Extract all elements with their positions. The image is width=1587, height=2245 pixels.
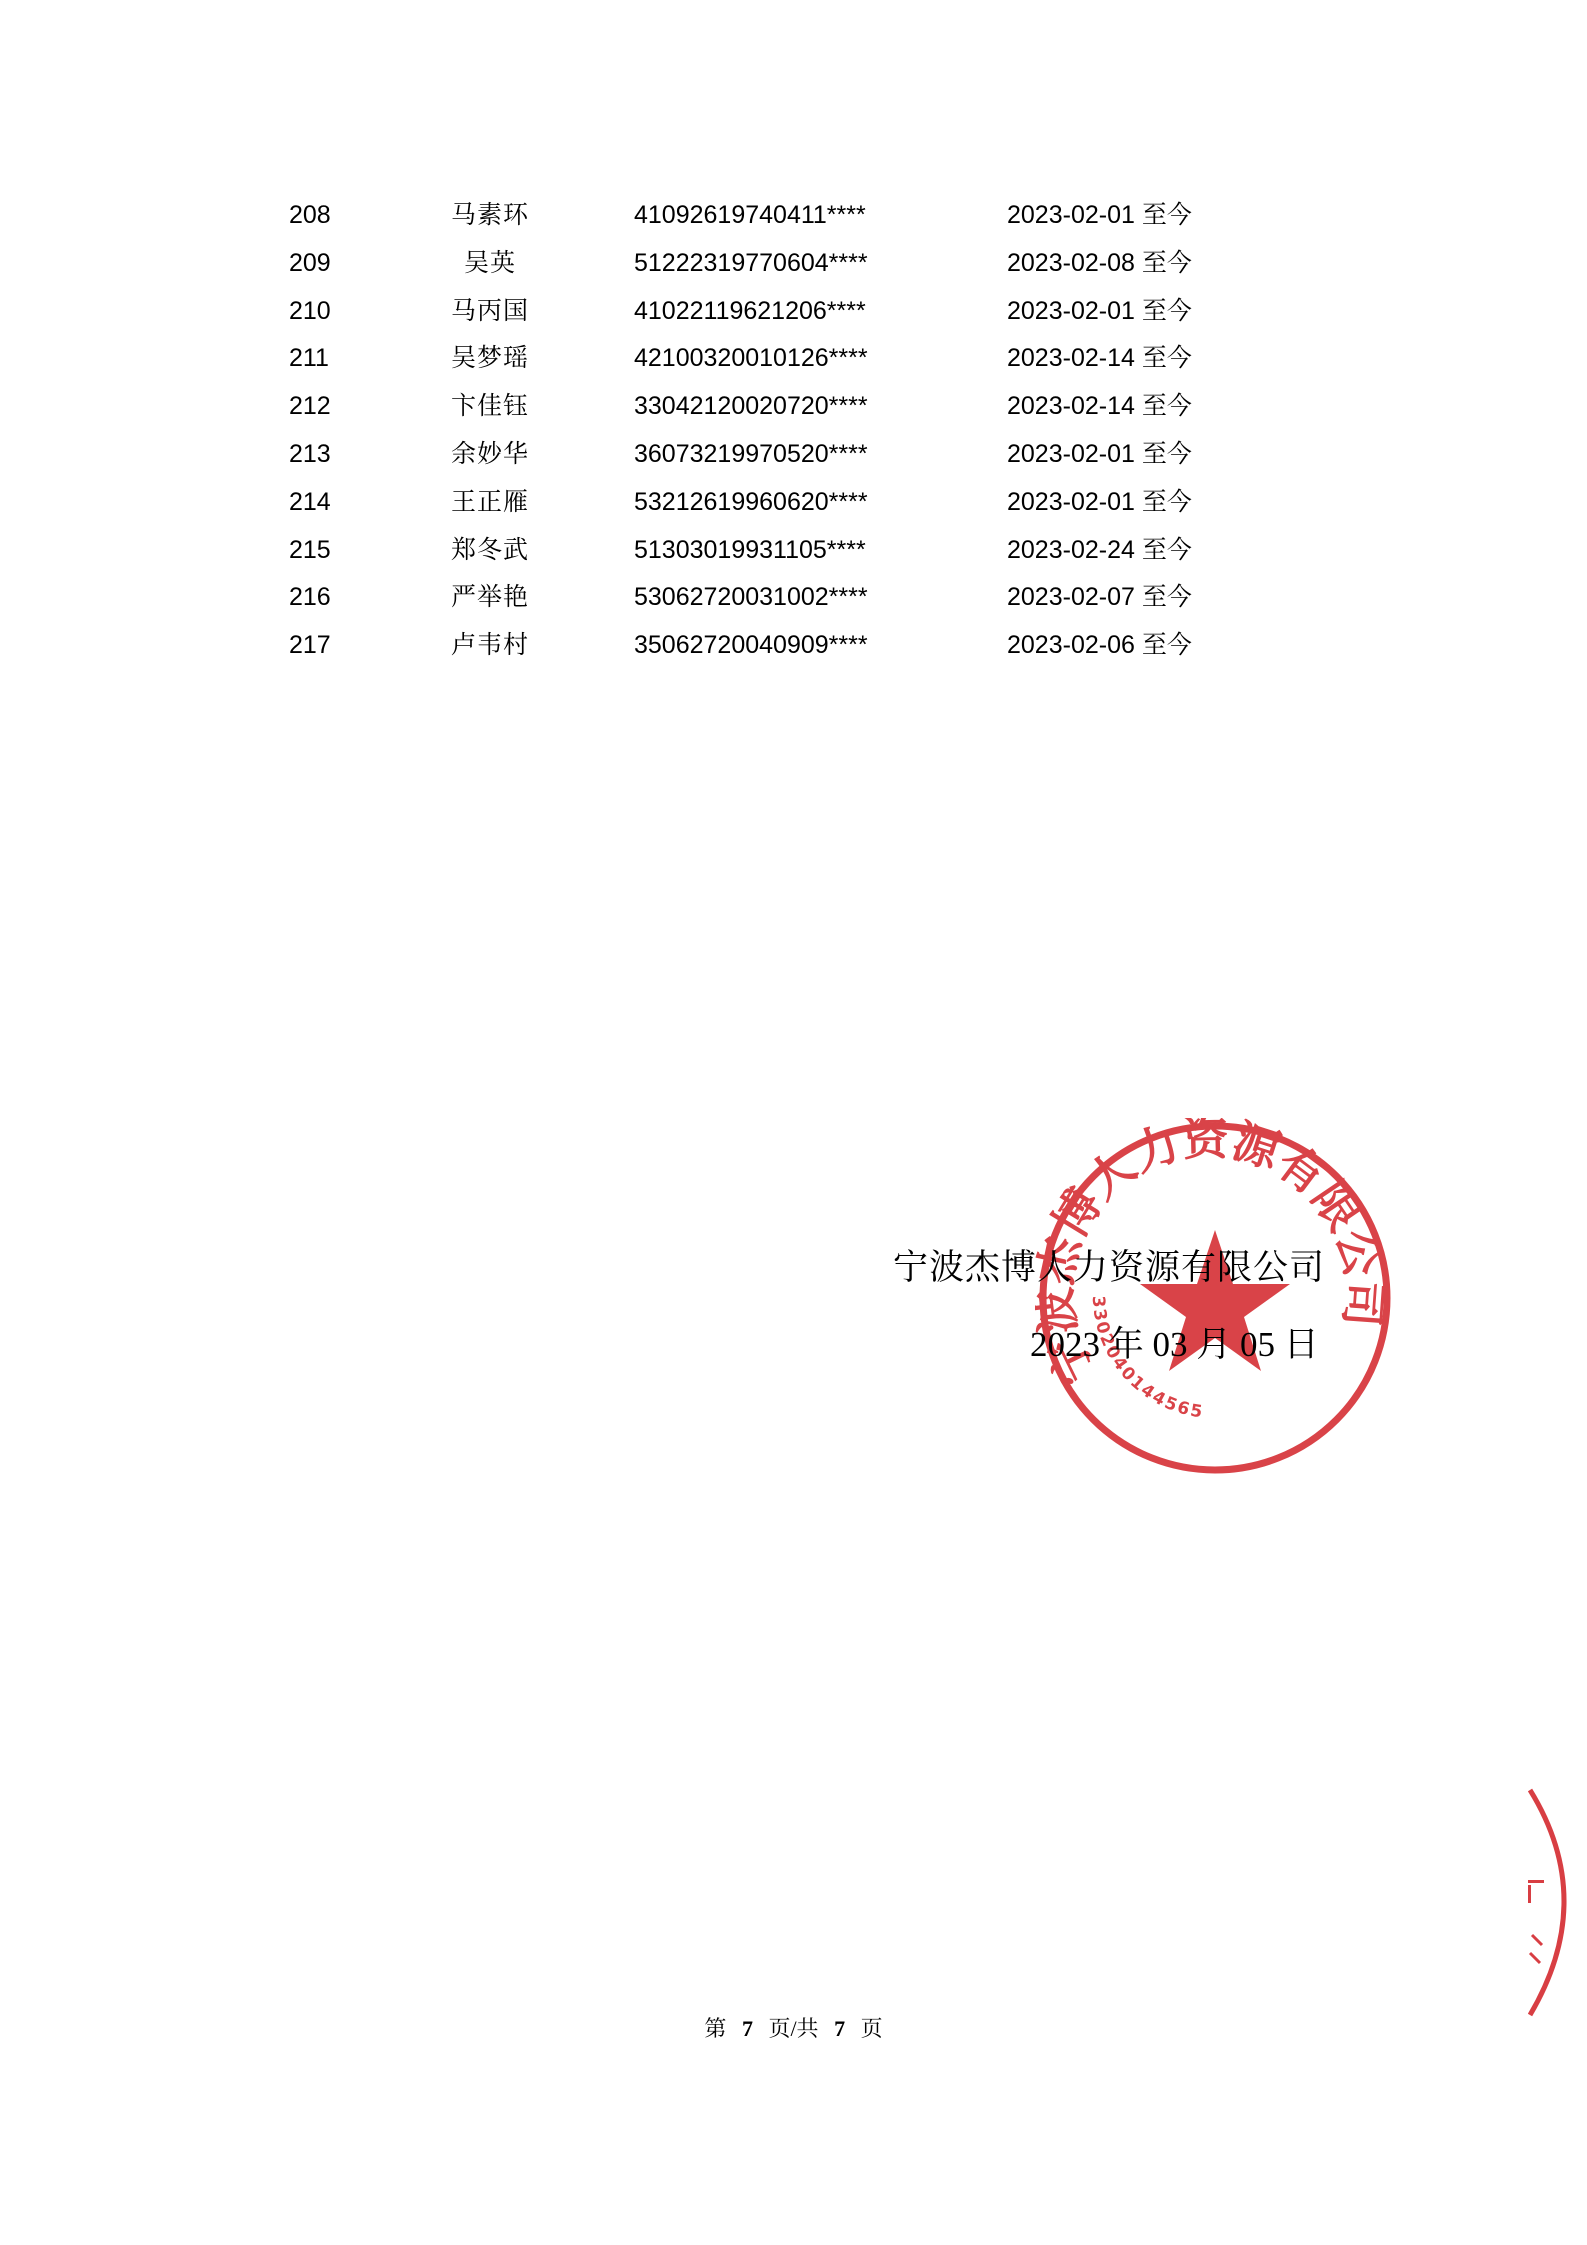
employment-period: 2023-02-14 至今 (1007, 338, 1192, 378)
employment-period: 2023-02-01 至今 (1007, 291, 1192, 331)
table-row: 214 王正雁 53212619960620**** 2023-02-01 至今 (0, 482, 1587, 530)
company-seal-icon: 宁波杰博人力资源有限公司 3302040144565 (1035, 1118, 1395, 1478)
table-row: 211 吴梦瑶 42100320010126**** 2023-02-14 至今 (0, 338, 1587, 386)
employee-name: 郑冬武 (430, 530, 550, 570)
id-number: 42100320010126**** (634, 338, 868, 378)
row-number: 212 (289, 386, 331, 426)
table-row: 215 郑冬武 51303019931105**** 2023-02-24 至今 (0, 530, 1587, 578)
id-number: 51222319770604**** (634, 243, 868, 283)
employment-period: 2023-02-24 至今 (1007, 530, 1192, 570)
row-number: 211 (289, 338, 329, 378)
total-pages-number: 7 (834, 2016, 845, 2041)
table-row: 208 马素环 41092619740411**** 2023-02-01 至今 (0, 195, 1587, 243)
row-number: 214 (289, 482, 331, 522)
id-number: 53062720031002**** (634, 577, 868, 617)
table-row: 212 卞佳钰 33042120020720**** 2023-02-14 至今 (0, 386, 1587, 434)
partial-seal-icon (1528, 1785, 1587, 2020)
employment-period: 2023-02-01 至今 (1007, 195, 1192, 235)
table-row: 217 卢韦村 35062720040909**** 2023-02-06 至今 (0, 625, 1587, 673)
row-number: 208 (289, 195, 331, 235)
signature-date: 2023 年 03 月 05 日 (1030, 1317, 1319, 1367)
employment-period: 2023-02-01 至今 (1007, 434, 1192, 474)
employee-name: 吴梦瑶 (430, 338, 550, 378)
employment-period: 2023-02-01 至今 (1007, 482, 1192, 522)
employee-name: 余妙华 (430, 434, 550, 474)
table-row: 210 马丙国 41022119621206**** 2023-02-01 至今 (0, 291, 1587, 339)
page-footer: 第 7 页/共 7 页 (0, 2012, 1587, 2043)
footer-prefix: 第 (704, 2016, 726, 2041)
employment-period: 2023-02-14 至今 (1007, 386, 1192, 426)
table-row: 209 吴英 51222319770604**** 2023-02-08 至今 (0, 243, 1587, 291)
employee-name: 卢韦村 (430, 625, 550, 665)
footer-suffix: 页 (861, 2016, 883, 2041)
id-number: 51303019931105**** (634, 530, 866, 570)
id-number: 41022119621206**** (634, 291, 866, 331)
employee-name: 吴英 (430, 243, 550, 283)
id-number: 36073219970520**** (634, 434, 868, 474)
employment-period: 2023-02-07 至今 (1007, 577, 1192, 617)
employment-period: 2023-02-08 至今 (1007, 243, 1192, 283)
row-number: 209 (289, 243, 331, 283)
employee-name: 马素环 (430, 195, 550, 235)
company-signature: 宁波杰博人力资源有限公司 (893, 1240, 1325, 1290)
footer-middle: 页/共 (768, 2016, 818, 2041)
row-number: 215 (289, 530, 331, 570)
employee-name: 卞佳钰 (430, 386, 550, 426)
current-page-number: 7 (742, 2016, 753, 2041)
row-number: 210 (289, 291, 331, 331)
table-row: 216 严举艳 53062720031002**** 2023-02-07 至今 (0, 577, 1587, 625)
id-number: 53212619960620**** (634, 482, 868, 522)
employment-period: 2023-02-06 至今 (1007, 625, 1192, 665)
employee-name: 马丙国 (430, 291, 550, 331)
id-number: 35062720040909**** (634, 625, 868, 665)
id-number: 33042120020720**** (634, 386, 868, 426)
employee-name: 王正雁 (430, 482, 550, 522)
table-row: 213 余妙华 36073219970520**** 2023-02-01 至今 (0, 434, 1587, 482)
id-number: 41092619740411**** (634, 195, 866, 235)
employee-table: 208 马素环 41092619740411**** 2023-02-01 至今… (0, 195, 1587, 673)
employee-name: 严举艳 (430, 577, 550, 617)
row-number: 217 (289, 625, 331, 665)
row-number: 213 (289, 434, 331, 474)
row-number: 216 (289, 577, 331, 617)
